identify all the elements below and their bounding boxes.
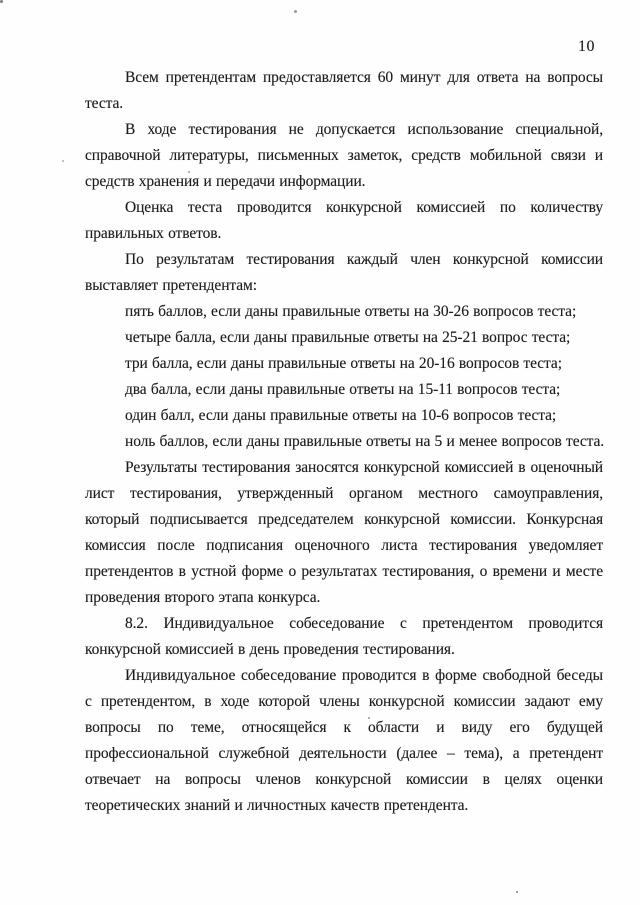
score-item-five: пять баллов, если даны правильные ответы… — [125, 299, 603, 325]
page-body-text: Всем претендентам предоставляется 60 мин… — [85, 65, 603, 819]
scan-speck — [188, 171, 190, 173]
scan-speck — [368, 717, 370, 719]
paragraph-prohibited-aids: В ходе тестирования не допускается испол… — [85, 117, 603, 195]
paragraph-scoring-intro: По результатам тестирования каждый член … — [85, 247, 603, 299]
score-item-zero: ноль баллов, если даны правильные ответы… — [125, 429, 603, 455]
paragraph-test-evaluation: Оценка теста проводится конкурсной комис… — [85, 195, 603, 247]
page-number: 10 — [578, 38, 595, 56]
score-item-three: три балла, если даны правильные ответы н… — [125, 351, 603, 377]
score-item-one: один балл, если даны правильные ответы н… — [125, 403, 603, 429]
scan-speck — [62, 160, 64, 162]
paragraph-section-8-2: 8.2. Индивидуальное собеседование с прет… — [85, 611, 603, 663]
document-page: 10 Всем претендентам предоставляется 60 … — [0, 0, 640, 905]
paragraph-test-time: Всем претендентам предоставляется 60 мин… — [85, 65, 603, 117]
scan-speck — [0, 0, 3, 3]
score-item-four: четыре балла, если даны правильные ответ… — [125, 325, 603, 351]
score-item-two: два балла, если даны правильные ответы н… — [125, 377, 603, 403]
paragraph-results-recording: Результаты тестирования заносятся конкур… — [85, 455, 603, 611]
scan-speck — [294, 10, 297, 13]
scan-speck — [516, 891, 518, 893]
paragraph-interview-format: Индивидуальное собеседование проводится … — [85, 663, 603, 819]
